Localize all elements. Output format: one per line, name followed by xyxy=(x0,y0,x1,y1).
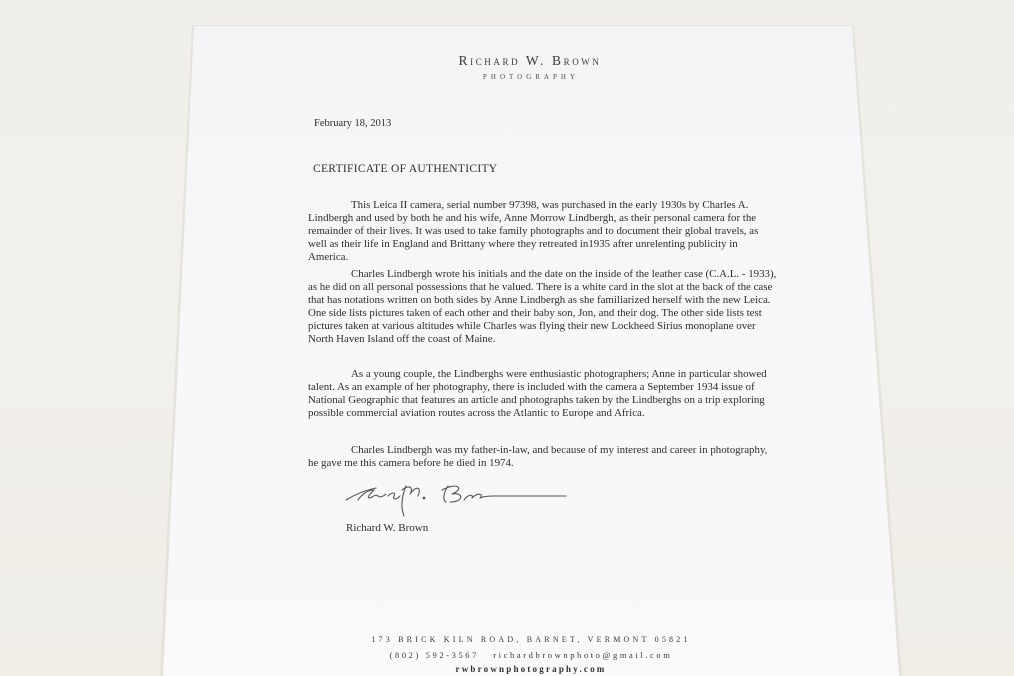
paragraph-3: As a young couple, the Lindberghs were e… xyxy=(308,368,778,420)
footer-contact: (802) 592-3567 richardbrownphoto@gmail.c… xyxy=(0,650,1014,660)
footer-website: rwbrownphotography.com xyxy=(0,664,1014,674)
footer-email: richardbrownphoto@gmail.com xyxy=(493,650,672,660)
certificate-title: CERTIFICATE OF AUTHENTICITY xyxy=(313,163,497,175)
footer-phone: (802) 592-3567 xyxy=(389,650,479,660)
footer-address: 173 BRICK KILN ROAD, BARNET, VERMONT 058… xyxy=(0,635,1014,644)
paragraph-2: Charles Lindbergh wrote his initials and… xyxy=(308,268,778,346)
letter-date: February 18, 2013 xyxy=(314,118,391,129)
signer-name: Richard W. Brown xyxy=(346,522,428,534)
handwritten-signature xyxy=(344,478,569,520)
letterhead-name: Richard W. Brown xyxy=(0,53,1014,69)
letterhead-subtitle: PHOTOGRAPHY xyxy=(0,73,1014,81)
paragraph-4: Charles Lindbergh was my father-in-law, … xyxy=(308,444,778,470)
paragraph-1: This Leica II camera, serial number 9739… xyxy=(308,199,778,264)
